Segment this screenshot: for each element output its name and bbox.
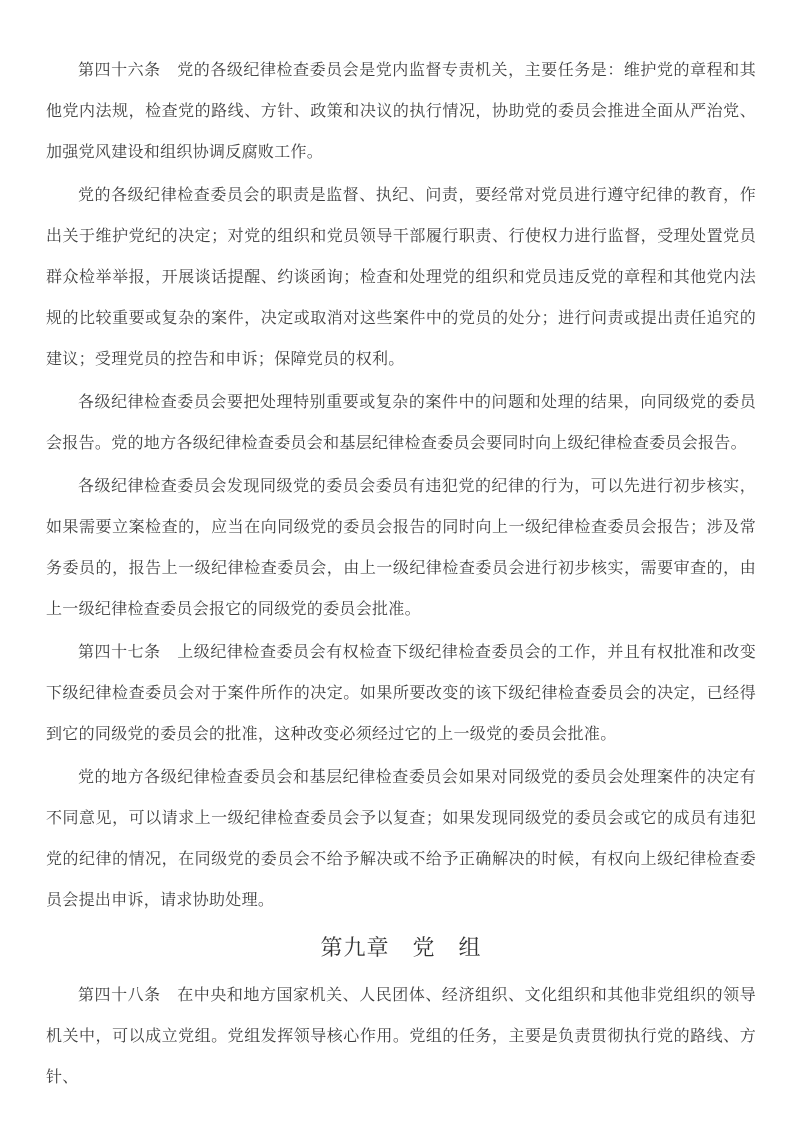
paragraph: 党的各级纪律检查委员会的职责是监督、执纪、问责，要经常对党员进行遵守纪律的教育，… — [46, 175, 756, 380]
paragraph: 第四十八条 在中央和地方国家机关、人民团体、经济组织、文化组织和其他非党组织的领… — [46, 975, 756, 1098]
paragraph: 各级纪律检查委员会发现同级党的委员会委员有违犯党的纪律的行为，可以先进行初步核实… — [46, 466, 756, 630]
paragraph: 党的地方各级纪律检查委员会和基层纪律检查委员会如果对同级党的委员会处理案件的决定… — [46, 757, 756, 921]
document-page: 第四十六条 党的各级纪律检查委员会是党内监督专责机关，主要任务是：维护党的章程和… — [0, 0, 800, 1131]
paragraph: 第四十七条 上级纪律检查委员会有权检查下级纪律检查委员会的工作，并且有权批准和改… — [46, 632, 756, 755]
paragraph: 各级纪律检查委员会要把处理特别重要或复杂的案件中的问题和处理的结果，向同级党的委… — [46, 382, 756, 464]
paragraph: 第四十六条 党的各级纪律检查委员会是党内监督专责机关，主要任务是：维护党的章程和… — [46, 50, 756, 173]
document-text-container: 第四十六条 党的各级纪律检查委员会是党内监督专责机关，主要任务是：维护党的章程和… — [46, 50, 756, 1098]
chapter-heading: 第九章 党 组 — [46, 927, 756, 969]
